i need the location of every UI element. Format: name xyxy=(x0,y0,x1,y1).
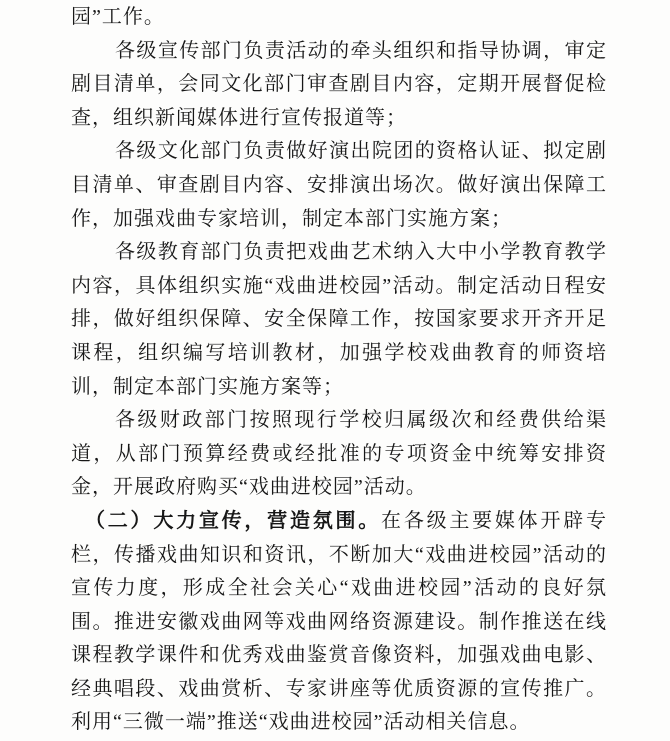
paragraph-culture-departments: 各级文化部门负责做好演出院团的资格认证、拟定剧目清单、审查剧目内容、安排演出场次… xyxy=(71,135,607,236)
section-two-heading: （二）大力宣传，营造氛围。 xyxy=(85,510,381,532)
paragraph-continuation: 园”工作。 xyxy=(71,1,607,35)
paragraph-education-departments: 各级教育部门负责把戏曲艺术纳入大中小学教育教学内容，具体组织实施“戏曲进校园”活… xyxy=(71,236,607,404)
paragraph-section-two: （二）大力宣传，营造氛围。在各级主要媒体开辟专栏，传播戏曲知识和资讯，不断加大“… xyxy=(71,505,607,740)
paragraph-finance-departments: 各级财政部门按照现行学校归属级次和经费供给渠道，从部门预算经费或经批准的专项资金… xyxy=(71,404,607,505)
section-two-body: 在各级主要媒体开辟专栏，传播戏曲知识和资讯，不断加大“戏曲进校园”活动的宣传力度… xyxy=(71,510,607,734)
scanned-document-page: 园”工作。 各级宣传部门负责活动的牵头组织和指导协调，审定剧目清单，会同文化部门… xyxy=(0,0,670,741)
document-text-block: 园”工作。 各级宣传部门负责活动的牵头组织和指导协调，审定剧目清单，会同文化部门… xyxy=(71,1,607,740)
paragraph-propaganda-departments: 各级宣传部门负责活动的牵头组织和指导协调，审定剧目清单，会同文化部门审查剧目内容… xyxy=(71,35,607,136)
